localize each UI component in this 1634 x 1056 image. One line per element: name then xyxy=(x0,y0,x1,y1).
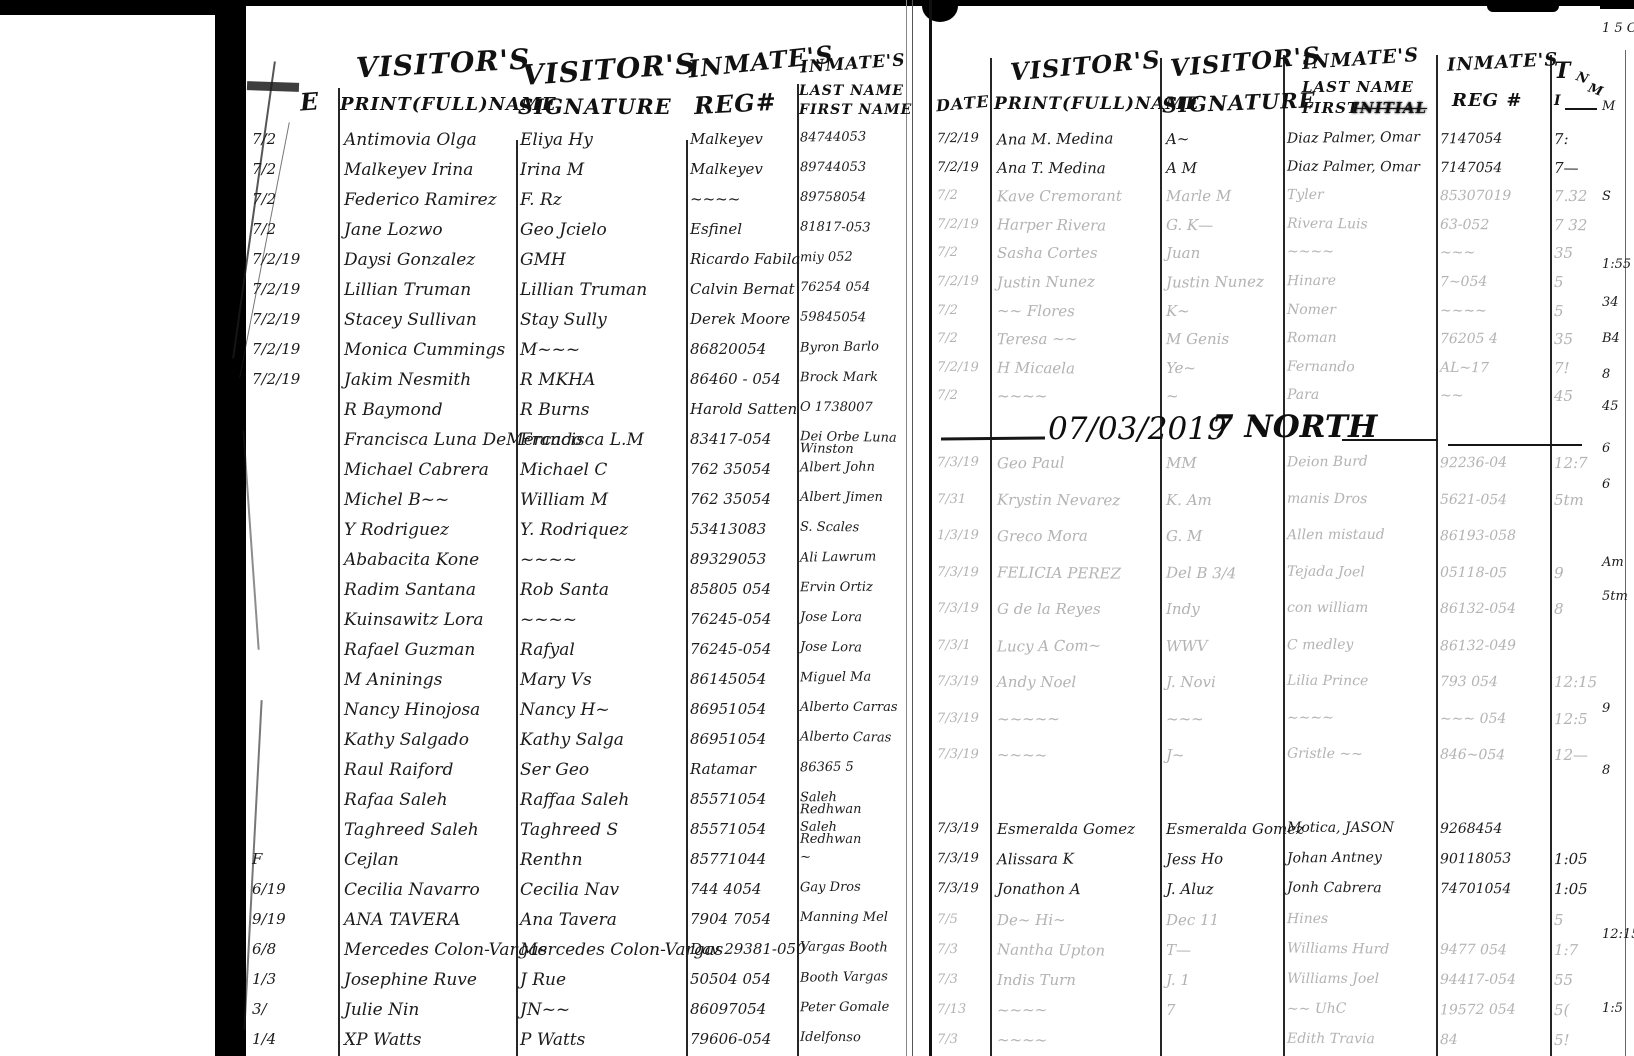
left-col-rule-2 xyxy=(516,140,518,1056)
log-cell-inmate: O 1738007 xyxy=(800,402,873,415)
right-col-rule-3 xyxy=(1436,55,1438,1056)
right-col3-header-mid: LAST NAME xyxy=(1302,80,1414,95)
log-cell-reg: Malkeyev xyxy=(690,132,763,147)
divider-date: 07/03/2019 xyxy=(1048,414,1227,445)
log-cell-time: 5 xyxy=(1554,275,1564,290)
log-cell-reg: 762 35054 xyxy=(690,462,771,477)
log-cell-name: Y Rodriguez xyxy=(344,522,449,539)
log-cell-date: 7/2 xyxy=(252,222,276,237)
log-cell-inmate: Byron Barlo xyxy=(800,341,879,355)
log-cell-sig: Y. Rodriquez xyxy=(520,522,628,539)
log-cell-date: 7/3/19 xyxy=(937,602,979,615)
log-cell-sig: Dec 11 xyxy=(1166,912,1219,927)
log-cell-date: 1/4 xyxy=(252,1032,276,1047)
log-cell-date: 3/ xyxy=(252,1002,267,1017)
log-cell-reg: Esfinel xyxy=(690,222,742,237)
log-cell-sig: Del B 3/4 xyxy=(1166,565,1237,581)
log-cell-sig: Lillian Truman xyxy=(520,282,647,299)
log-cell-last: Hinare xyxy=(1287,275,1336,289)
divider-dash-right xyxy=(1342,439,1438,441)
log-cell-time: 12— xyxy=(1554,748,1588,763)
time-header-fragment-t: T xyxy=(1554,60,1571,82)
log-cell-sig: ~ xyxy=(1166,389,1179,404)
log-cell-name: Stacey Sullivan xyxy=(344,312,477,329)
right-col-rule-2 xyxy=(1283,55,1285,1056)
log-cell-sig: G. M xyxy=(1166,529,1202,544)
edge-fragment: 34 xyxy=(1602,296,1619,309)
log-cell-reg: 85571054 xyxy=(690,792,766,807)
log-cell-time: 12:15 xyxy=(1554,675,1597,690)
log-cell-inmate: 76254 054 xyxy=(800,282,870,294)
log-cell-name: Kathy Salgado xyxy=(344,732,469,749)
left-col1-header-top: VISITOR'S xyxy=(355,45,531,82)
divider-dash-left xyxy=(941,437,1045,441)
log-cell-reg: 85571054 xyxy=(690,822,766,837)
log-cell-sig: G. K— xyxy=(1166,218,1213,233)
right-col2-header-top: VISITOR'S xyxy=(1169,43,1321,80)
log-cell-inmate: Brock Mark xyxy=(800,372,878,385)
log-cell-inmate: 89758054 xyxy=(800,192,866,205)
log-cell-last: ~~ UhC xyxy=(1287,1003,1347,1017)
log-cell-reg: 7~054 xyxy=(1440,275,1488,289)
log-cell-sig: Eliya Hy xyxy=(520,132,593,149)
log-cell-reg: 86951054 xyxy=(690,732,766,747)
log-cell-sig: Justin Nunez xyxy=(1166,274,1264,290)
log-cell-date: 7/31 xyxy=(937,492,966,505)
log-cell-sig: Rob Santa xyxy=(520,582,609,599)
log-cell-reg: Ratamar xyxy=(690,762,756,777)
log-cell-name: Greco Mora xyxy=(997,529,1088,544)
right-page-edge-rule xyxy=(1625,50,1626,1056)
log-cell-name: Radim Santana xyxy=(344,582,476,599)
log-cell-last: Diaz Palmer, Omar xyxy=(1287,131,1420,146)
log-cell-reg: 83417-054 xyxy=(690,432,771,447)
log-cell-reg: 86951054 xyxy=(690,702,766,717)
log-cell-inmate: Jose Lora xyxy=(800,612,862,625)
log-cell-reg: 5621-054 xyxy=(1440,492,1507,506)
log-cell-reg: Harold Satten xyxy=(690,402,796,417)
log-cell-name: Michael Cabrera xyxy=(344,462,489,479)
log-cell-reg: 76245-054 xyxy=(690,612,771,627)
log-cell-inmate: Dei Orbe Luna Winston xyxy=(800,431,900,457)
log-cell-name: Ana M. Medina xyxy=(997,131,1113,147)
log-cell-time: 7 32 xyxy=(1554,218,1588,233)
log-cell-date: 7/2/19 xyxy=(252,252,300,267)
log-cell-reg: 86820054 xyxy=(690,342,766,357)
log-cell-sig: William M xyxy=(520,492,608,509)
edge-fragment: 6 xyxy=(1602,442,1610,455)
visitor-log-scan: E VISITOR'S PRINT(FULL)NAME VISITOR'S SI… xyxy=(0,0,1634,1056)
log-cell-inmate: Vargas Booth xyxy=(800,942,888,955)
log-cell-inmate: Booth Vargas xyxy=(800,971,888,985)
log-cell-sig: J Rue xyxy=(520,972,566,989)
log-cell-date: 7/3 xyxy=(937,943,958,956)
log-cell-date: 7/2 xyxy=(252,132,276,147)
log-cell-name: Geo Paul xyxy=(997,456,1065,472)
log-cell-reg: 86193-058 xyxy=(1440,529,1516,543)
log-cell-last: Edith Travia xyxy=(1287,1033,1375,1047)
log-cell-last: Johan Antney xyxy=(1287,852,1382,866)
log-cell-sig: Juan xyxy=(1166,246,1200,261)
right-col4-header-top: INMATE'S xyxy=(1447,51,1559,75)
log-cell-name: Taghreed Saleh xyxy=(344,822,479,839)
log-cell-sig: Kathy Salga xyxy=(520,732,624,749)
log-cell-date: 7/3/19 xyxy=(937,748,979,761)
log-cell-sig: Raffaa Saleh xyxy=(520,792,629,809)
log-cell-time: 1:05 xyxy=(1554,852,1588,867)
log-cell-date: 7/2/19 xyxy=(937,132,979,145)
log-cell-last: Williams Hurd xyxy=(1287,942,1389,956)
log-cell-reg: 79606-054 xyxy=(690,1032,771,1047)
log-cell-name: Cejlan xyxy=(344,852,399,869)
log-cell-reg: 846~054 xyxy=(1440,748,1505,763)
log-cell-sig: WWV xyxy=(1166,638,1208,653)
log-cell-sig: Esmeralda Gomez xyxy=(1166,822,1280,837)
log-cell-name: G de la Reyes xyxy=(997,602,1101,617)
log-cell-last: manis Dros xyxy=(1287,492,1367,506)
log-cell-reg: ~~~~ xyxy=(690,192,740,207)
right-col3-header-initial-struck: INITIAL xyxy=(1352,101,1427,116)
log-cell-reg: 94417-054 xyxy=(1440,973,1516,987)
edge-fragment: 1:55 xyxy=(1602,258,1631,271)
log-cell-date: 7/3/19 xyxy=(937,675,979,688)
log-cell-inmate: Peter Gomale xyxy=(800,1002,889,1015)
log-cell-name: H Micaela xyxy=(997,360,1075,376)
log-cell-reg: ~~~ xyxy=(1440,246,1475,260)
log-cell-time: 5 xyxy=(1554,913,1564,928)
log-cell-name: Teresa ~~ xyxy=(997,332,1077,347)
scan-topright-blob xyxy=(1487,0,1559,12)
log-cell-date: 7/2 xyxy=(937,389,958,402)
log-cell-name: Federico Ramirez xyxy=(344,192,497,209)
log-cell-last: Tyler xyxy=(1287,189,1324,202)
log-cell-sig: Irina M xyxy=(520,162,584,179)
log-cell-time: 55 xyxy=(1554,973,1573,988)
log-cell-name: Jakim Nesmith xyxy=(344,372,471,389)
log-cell-last: Nomer xyxy=(1287,303,1336,317)
log-cell-sig: JN~~ xyxy=(520,1002,570,1019)
log-cell-last: Lilia Prince xyxy=(1287,675,1368,689)
log-cell-date: 7/3 xyxy=(937,1033,958,1046)
left-col4-header-top: INMATE'S xyxy=(800,52,907,76)
log-cell-inmate: Jose Lora xyxy=(800,642,862,655)
log-cell-inmate: Saleh Redhwan xyxy=(800,792,900,817)
log-cell-reg: 89329053 xyxy=(690,552,766,567)
log-cell-sig: M~~~ xyxy=(520,342,580,359)
log-cell-sig: ~~~~ xyxy=(520,612,577,629)
log-cell-sig: A~ xyxy=(1166,132,1190,147)
log-cell-date: 7/2 xyxy=(252,162,276,177)
log-cell-name: Julie Nin xyxy=(344,1002,419,1019)
log-cell-date: 7/2 xyxy=(937,189,958,202)
log-cell-name: Lucy A Com~ xyxy=(997,638,1101,654)
log-cell-reg: 86097054 xyxy=(690,1002,766,1017)
log-cell-name: Antimovia Olga xyxy=(344,132,477,149)
log-cell-last: Rivera Luis xyxy=(1287,217,1368,231)
log-cell-last: Fernando xyxy=(1287,360,1355,374)
log-cell-last: Gristle ~~ xyxy=(1287,748,1363,762)
log-cell-inmate: 86365 5 xyxy=(800,762,854,775)
log-cell-sig: K~ xyxy=(1166,304,1190,319)
scan-artifact xyxy=(247,81,299,92)
log-cell-sig: Cecilia Nav xyxy=(520,882,619,899)
scan-topleft-block xyxy=(0,0,219,15)
log-cell-inmate: Gay Dros xyxy=(800,882,861,895)
log-cell-sig: Indy xyxy=(1166,602,1200,617)
log-cell-time: 5tm xyxy=(1554,492,1584,507)
log-cell-name: Indis Turn xyxy=(997,973,1076,988)
left-date-header-fragment: E xyxy=(299,89,320,114)
log-cell-inmate: Albert John xyxy=(800,462,875,475)
log-cell-reg: 85805 054 xyxy=(690,582,771,597)
log-cell-name: Justin Nunez xyxy=(997,274,1095,290)
log-cell-last: Para xyxy=(1287,389,1319,402)
log-cell-inmate: 89744053 xyxy=(800,162,866,175)
log-cell-last: ~~~~ xyxy=(1287,711,1334,725)
log-cell-name: ~~~~ xyxy=(997,389,1047,404)
log-cell-name: Rafaa Saleh xyxy=(344,792,448,809)
log-cell-time: 7: xyxy=(1554,132,1569,147)
left-col4-header-bottom: FIRST NAME xyxy=(799,103,912,117)
log-cell-name: ~~~~~ xyxy=(997,711,1060,726)
log-cell-time: 5! xyxy=(1554,1033,1570,1048)
log-cell-inmate: Ervin Ortiz xyxy=(800,582,873,595)
log-cell-last: Diaz Palmer, Omar xyxy=(1287,160,1420,174)
log-cell-reg: 86132-054 xyxy=(1440,602,1516,616)
log-cell-reg: ~~~~ xyxy=(1440,303,1487,317)
log-cell-date: 1/3 xyxy=(252,972,276,987)
log-cell-reg: 74701054 xyxy=(1440,882,1511,896)
log-cell-last: con william xyxy=(1287,602,1368,615)
log-cell-date: 7/2/19 xyxy=(937,160,979,173)
log-cell-name: Sasha Cortes xyxy=(997,246,1098,261)
log-cell-date: 7/2/19 xyxy=(252,282,300,297)
log-cell-name: Harper Rivera xyxy=(997,217,1106,233)
log-cell-reg: 76205 4 xyxy=(1440,332,1498,346)
log-cell-reg: 7147054 xyxy=(1440,132,1503,147)
log-cell-date: 7/3/19 xyxy=(937,456,979,469)
time-header-underline xyxy=(1565,108,1597,110)
log-cell-last: Hines xyxy=(1287,912,1328,926)
binding-line-3 xyxy=(929,0,932,1056)
log-cell-inmate: 81817-053 xyxy=(800,221,871,234)
log-cell-reg: Calvin Bernat xyxy=(690,282,795,297)
log-cell-date: 7/3/19 xyxy=(937,852,979,865)
log-cell-inmate: miy 052 xyxy=(800,252,853,265)
log-cell-sig: T— xyxy=(1166,943,1191,958)
time-header-fragment-m: M xyxy=(1586,82,1605,99)
right-col-rule-1 xyxy=(1160,58,1162,1056)
log-cell-date: 7/2/19 xyxy=(937,218,979,231)
right-col3-header-first: FIRST xyxy=(1302,101,1359,116)
log-cell-name: FELICIA PEREZ xyxy=(997,565,1121,581)
log-cell-sig: GMH xyxy=(520,252,566,269)
log-cell-sig: Stay Sully xyxy=(520,312,607,329)
log-cell-last: Tejada Joel xyxy=(1287,565,1365,579)
binding-line-2 xyxy=(912,0,913,1056)
log-cell-inmate: Albert Jimen xyxy=(800,492,883,504)
log-cell-name: Kave Cremorant xyxy=(997,189,1122,205)
log-cell-name: XP Watts xyxy=(344,1032,421,1049)
log-cell-time: 7— xyxy=(1554,161,1579,176)
edge-fragment: 9 xyxy=(1602,702,1610,715)
edge-fragment: 8 xyxy=(1602,368,1610,381)
log-cell-date: 7/5 xyxy=(937,913,958,926)
log-cell-inmate: 84744053 xyxy=(800,131,866,144)
log-cell-sig: 7 xyxy=(1166,1003,1176,1018)
log-cell-reg: 9268454 xyxy=(1440,822,1502,836)
log-cell-reg: Ricardo Fabila xyxy=(690,252,796,267)
log-cell-sig: Renthn xyxy=(520,852,583,869)
edge-fragment: 1:5 xyxy=(1602,1002,1623,1015)
log-cell-date: 7/2/19 xyxy=(252,312,300,327)
log-cell-name: ~~~~ xyxy=(997,1033,1047,1048)
log-cell-name: Alissara K xyxy=(997,852,1074,868)
log-cell-name: Nantha Upton xyxy=(997,942,1105,958)
log-cell-date: 9/19 xyxy=(252,912,286,927)
log-cell-sig: J~ xyxy=(1166,748,1185,763)
edge-fragment: 6 xyxy=(1602,478,1610,491)
log-cell-inmate: Alberto Carras xyxy=(800,702,898,714)
log-cell-last: Williams Joel xyxy=(1287,973,1379,986)
log-cell-reg: Dav 29381-050 xyxy=(690,942,796,957)
log-cell-name: ANA TAVERA xyxy=(344,912,460,929)
log-cell-sig: Francisca L.M xyxy=(520,432,644,449)
left-col-rule-1 xyxy=(338,88,340,1056)
edge-fragment: 5tm xyxy=(1602,590,1628,603)
edge-fragment: 45 xyxy=(1602,400,1619,413)
log-cell-reg: 744 4054 xyxy=(690,882,762,897)
log-cell-inmate: Miguel Ma xyxy=(800,672,871,685)
log-cell-time: 35 xyxy=(1554,246,1573,261)
log-cell-name: Rafael Guzman xyxy=(344,642,475,659)
right-col-rule-4 xyxy=(1550,55,1552,1056)
log-cell-name: Ana T. Medina xyxy=(997,160,1106,176)
log-cell-date: F xyxy=(252,852,262,867)
log-cell-sig: Geo Jcielo xyxy=(520,222,607,239)
left-col-rule-4 xyxy=(797,84,799,1056)
log-cell-time: 45 xyxy=(1554,389,1573,404)
log-cell-inmate: Manning Mel xyxy=(800,912,888,924)
log-cell-last: C medley xyxy=(1287,638,1353,652)
log-cell-name: M Aninings xyxy=(344,672,442,689)
log-cell-inmate: S. Scales xyxy=(800,522,859,535)
log-cell-date: 7/2 xyxy=(937,246,958,259)
right-col1-header-top: VISITOR'S xyxy=(1009,47,1161,84)
log-cell-reg: 19572 054 xyxy=(1440,1003,1516,1018)
log-cell-inmate: 59845054 xyxy=(800,312,866,325)
log-cell-date: 1/3/19 xyxy=(937,529,979,542)
log-cell-sig: F. Rz xyxy=(520,192,562,209)
log-cell-name: Mercedes Colon-Vargas xyxy=(344,942,520,959)
log-cell-inmate: Alberto Caras xyxy=(800,732,891,745)
log-cell-reg: 762 35054 xyxy=(690,492,771,507)
log-cell-name: Jane Lozwo xyxy=(344,222,443,239)
log-cell-sig: Jess Ho xyxy=(1166,852,1223,868)
log-cell-sig: M Genis xyxy=(1166,332,1229,347)
log-cell-time: 7.32 xyxy=(1554,189,1587,204)
log-cell-name: ~~~~ xyxy=(997,1003,1047,1019)
log-cell-sig: Nancy H~ xyxy=(520,702,610,719)
edge-fragment: 1 5 C xyxy=(1602,22,1634,35)
log-cell-name: De~ Hi~ xyxy=(997,912,1066,927)
log-cell-sig: Michael C xyxy=(520,462,607,479)
log-cell-time: 9 xyxy=(1554,565,1564,580)
log-cell-name: Josephine Ruve xyxy=(344,972,477,989)
log-cell-date: 7/3/1 xyxy=(937,638,971,651)
log-cell-name: ~~~~ xyxy=(997,748,1047,764)
log-cell-reg: 05118-05 xyxy=(1440,565,1507,580)
log-cell-name: Francisca Luna DeMercado xyxy=(344,432,520,449)
log-cell-reg: 63-052 xyxy=(1440,218,1489,233)
log-cell-sig: R MKHA xyxy=(520,372,595,389)
edge-fragment: 12:15 xyxy=(1602,928,1634,941)
left-col-rule-3 xyxy=(686,140,688,1056)
log-cell-date: 6/19 xyxy=(252,882,286,897)
log-cell-inmate: Idelfonso xyxy=(800,1032,861,1045)
log-cell-time: 7! xyxy=(1554,361,1570,376)
log-cell-time: 1:7 xyxy=(1554,943,1578,958)
log-cell-date: 7/3/19 xyxy=(937,711,979,724)
log-cell-time: 5 xyxy=(1554,304,1564,319)
right-col2-header: SIGNATURE xyxy=(1162,89,1316,115)
log-cell-date: 7/2/19 xyxy=(937,361,979,374)
scan-topright-corner xyxy=(1600,0,1634,9)
log-cell-date: 7/2 xyxy=(937,304,958,317)
log-cell-name: Krystin Nevarez xyxy=(997,492,1120,508)
log-cell-name: Nancy Hinojosa xyxy=(344,702,480,719)
left-col2-header: SIGNATURE xyxy=(518,96,672,117)
log-cell-sig: P Watts xyxy=(520,1032,585,1049)
log-cell-sig: A M xyxy=(1166,161,1197,176)
log-cell-name: ~~ Flores xyxy=(997,303,1075,318)
log-cell-reg: 7904 7054 xyxy=(690,912,771,927)
log-cell-name: R Baymond xyxy=(344,402,443,419)
log-cell-name: Ababacita Kone xyxy=(344,552,479,569)
log-cell-name: Esmeralda Gomez xyxy=(997,822,1135,837)
time-header-fragment-i: I xyxy=(1554,94,1562,108)
right-date-header: DATE xyxy=(935,94,990,115)
log-cell-reg: 92236-04 xyxy=(1440,456,1507,471)
log-cell-name: Daysi Gonzalez xyxy=(344,252,475,269)
log-cell-reg: 7147054 xyxy=(1440,160,1502,174)
right-col-rule-0 xyxy=(990,58,992,1056)
log-cell-sig: MM xyxy=(1166,456,1197,471)
log-cell-date: 7/2 xyxy=(252,192,276,207)
log-cell-time: 35 xyxy=(1554,332,1573,347)
log-cell-last: ~~~~ xyxy=(1287,246,1334,259)
log-cell-reg: ~~ xyxy=(1440,389,1463,403)
log-cell-reg: 86145054 xyxy=(690,672,766,687)
log-cell-last: Jonh Cabrera xyxy=(1287,882,1382,896)
edge-fragment: Am xyxy=(1602,556,1624,569)
binding-top-notch xyxy=(922,0,958,22)
log-cell-reg: 76245-054 xyxy=(690,642,771,657)
log-cell-last: Deion Burd xyxy=(1287,456,1368,470)
edge-fragment: B4 xyxy=(1602,332,1620,345)
log-cell-date: 7/2/19 xyxy=(252,342,300,357)
log-cell-sig: Ser Geo xyxy=(520,762,589,779)
log-cell-sig: J. 1 xyxy=(1166,973,1190,988)
left-col3-header: REG# xyxy=(693,90,777,118)
log-cell-date: 7/2/19 xyxy=(937,275,979,288)
log-cell-reg: Derek Moore xyxy=(690,312,790,327)
log-cell-reg: 50504 054 xyxy=(690,972,771,987)
log-cell-reg: ~~~ 054 xyxy=(1440,711,1506,725)
log-cell-reg: Malkeyev xyxy=(690,162,763,177)
binding-line-1 xyxy=(906,0,907,1056)
log-cell-name: Jonathon A xyxy=(997,882,1081,897)
